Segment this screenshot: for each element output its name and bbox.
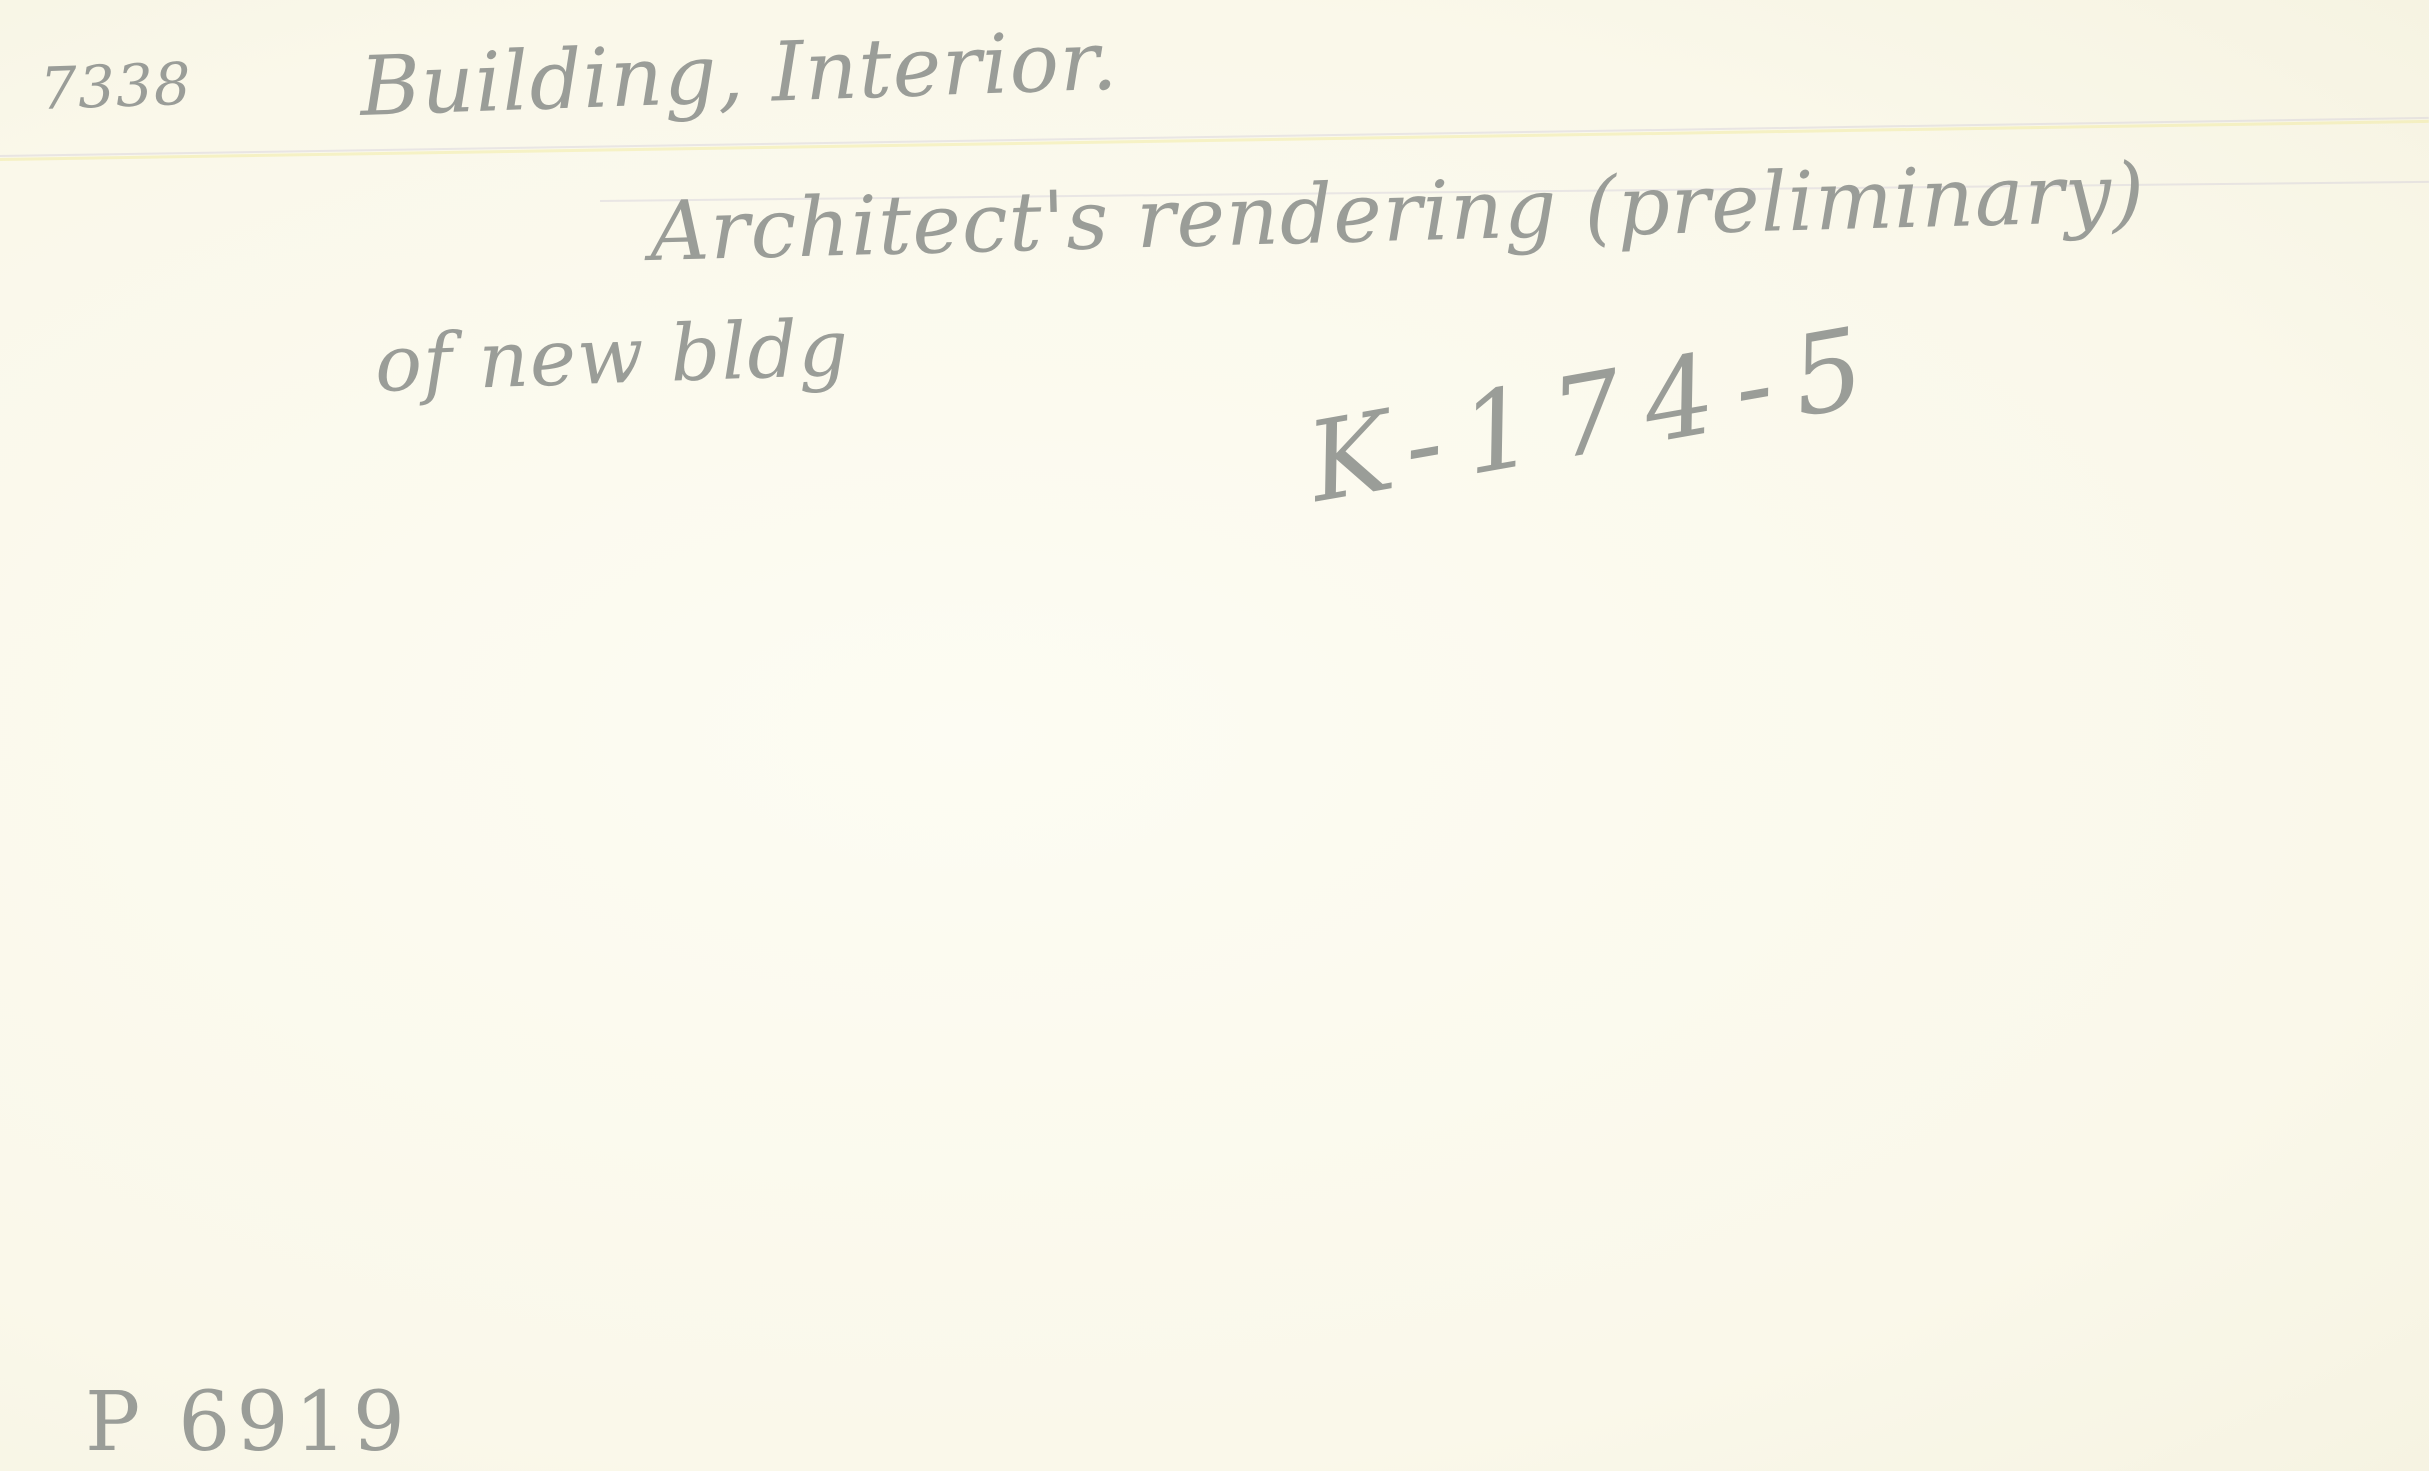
catalog-number: 7338	[39, 50, 193, 123]
catalog-card: 7338 Building, Interior. Architect's ren…	[0, 0, 2429, 1471]
description-line-2: of new bldg	[373, 303, 850, 409]
subject-heading: Building, Interior.	[358, 14, 1119, 135]
print-number: P 6919	[85, 1375, 411, 1470]
negative-number: K-174-5	[1299, 300, 1895, 527]
description-line-1: Architect's rendering (preliminary)	[649, 146, 2147, 280]
